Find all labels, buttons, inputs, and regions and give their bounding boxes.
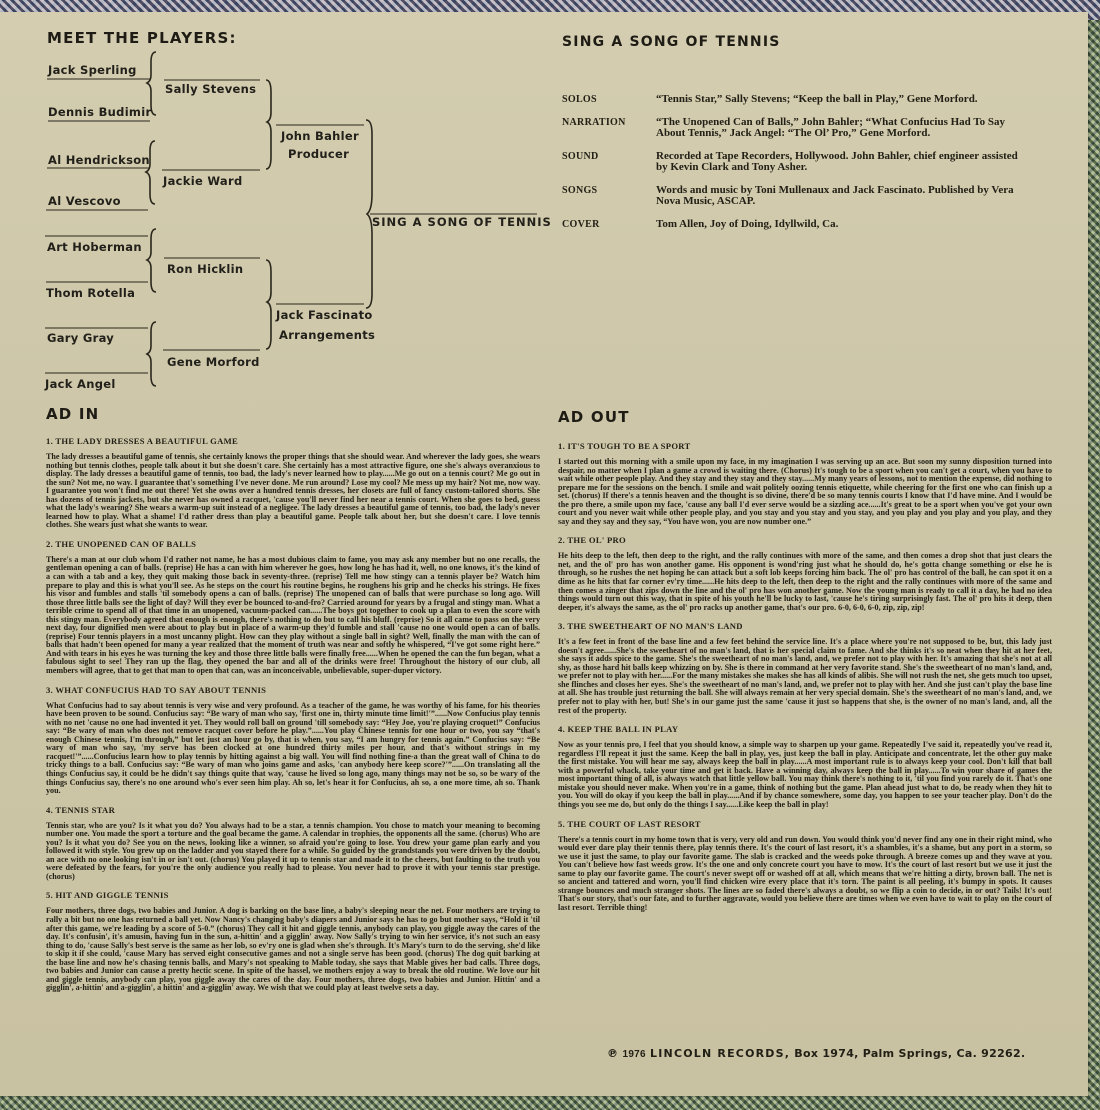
player-name: Gene Morford: [167, 355, 260, 369]
bracket-final: SING A SONG OF TENNIS: [372, 215, 552, 229]
album-title: SING A SONG OF TENNIS: [562, 34, 781, 50]
song-lyrics: There's a man at our club whom I'd rathe…: [46, 556, 540, 676]
song-title: 3. THE SWEETHEART OF NO MAN'S LAND: [558, 621, 1052, 631]
credit-label: COVER: [562, 219, 656, 231]
song-lyrics: There's a tennis court in my home town t…: [558, 836, 1052, 913]
record-label-footer: ℗ 1976 LINCOLN RECORDS, Box 1974, Palm S…: [607, 1047, 1025, 1060]
song-title: 4. KEEP THE BALL IN PLAY: [558, 724, 1052, 734]
phonogram-copyright-icon: ℗: [607, 1047, 618, 1060]
ad-out-column: 1. IT'S TOUGH TO BE A SPORT I started ou…: [558, 441, 1052, 921]
player-name: Dennis Budimir: [48, 105, 151, 119]
song-title: 3. WHAT CONFUCIUS HAD TO SAY ABOUT TENNI…: [46, 685, 540, 695]
album-back-cover: MEET THE PLAYERS:: [0, 12, 1088, 1096]
song-title: 4. TENNIS STAR: [46, 805, 540, 815]
label-name: LINCOLN RECORDS,: [650, 1047, 790, 1060]
credit-row: NARRATION “The Unopened Can of Balls,” J…: [562, 117, 1022, 140]
credit-label: SONGS: [562, 185, 656, 208]
song-title: 1. IT'S TOUGH TO BE A SPORT: [558, 441, 1052, 451]
credit-text: “Tennis Star,” Sally Stevens; “Keep the …: [656, 94, 1022, 106]
credit-label: SOUND: [562, 151, 656, 174]
song-lyrics: It's a few feet in front of the base lin…: [558, 638, 1052, 715]
player-role: Arrangements: [279, 328, 375, 342]
song-title: 1. THE LADY DRESSES A BEAUTIFUL GAME: [46, 436, 540, 446]
song-lyrics: Four mothers, three dogs, two babies and…: [46, 907, 540, 992]
credit-text: Tom Allen, Joy of Doing, Idyllwild, Ca.: [656, 219, 1022, 231]
credit-row: COVER Tom Allen, Joy of Doing, Idyllwild…: [562, 219, 1022, 231]
song-lyrics: I started out this morning with a smile …: [558, 458, 1052, 526]
song-lyrics: He hits deep to the left, then deep to t…: [558, 552, 1052, 612]
ad-in-heading: AD IN: [46, 405, 99, 423]
credit-text: “The Unopened Can of Balls,” John Bahler…: [656, 117, 1022, 140]
player-name: Ron Hicklin: [167, 262, 243, 276]
player-name: Jackie Ward: [163, 174, 243, 188]
song-title: 5. HIT AND GIGGLE TENNIS: [46, 890, 540, 900]
credit-text: Recorded at Tape Recorders, Hollywood. J…: [656, 151, 1022, 174]
copyright-year: 1976: [622, 1049, 645, 1060]
credit-label: SOLOS: [562, 94, 656, 106]
player-name: John Bahler: [281, 129, 359, 143]
player-name: Gary Gray: [47, 331, 114, 345]
player-name: Thom Rotella: [46, 286, 135, 300]
player-name: Jack Angel: [45, 377, 116, 391]
song-title: 2. THE OL' PRO: [558, 535, 1052, 545]
credit-row: SONGS Words and music by Toni Mullenaux …: [562, 185, 1022, 208]
ad-out-heading: AD OUT: [558, 408, 630, 426]
credit-text: Words and music by Toni Mullenaux and Ja…: [656, 185, 1022, 208]
song-lyrics: Now as your tennis pro, I feel that you …: [558, 741, 1052, 809]
ad-in-column: 1. THE LADY DRESSES A BEAUTIFUL GAME The…: [46, 436, 540, 1002]
credit-label: NARRATION: [562, 117, 656, 140]
player-name: Al Vescovo: [48, 194, 121, 208]
credit-row: SOLOS “Tennis Star,” Sally Stevens; “Kee…: [562, 94, 1022, 106]
player-name: Sally Stevens: [165, 82, 256, 96]
song-lyrics: What Confucius had to say about tennis i…: [46, 702, 540, 796]
player-name: Art Hoberman: [47, 240, 142, 254]
song-title: 2. THE UNOPENED CAN OF BALLS: [46, 539, 540, 549]
credits-list: SOLOS “Tennis Star,” Sally Stevens; “Kee…: [562, 94, 1022, 241]
song-lyrics: The lady dresses a beautiful game of ten…: [46, 453, 540, 530]
player-name: Jack Fascinato: [276, 308, 373, 322]
credit-row: SOUND Recorded at Tape Recorders, Hollyw…: [562, 151, 1022, 174]
song-lyrics: Tennis star, who are you? Is it what you…: [46, 822, 540, 882]
player-name: Al Hendrickson: [48, 153, 150, 167]
song-title: 5. THE COURT OF LAST RESORT: [558, 819, 1052, 829]
player-name: Jack Sperling: [48, 63, 137, 77]
label-address: Box 1974, Palm Springs, Ca. 92262.: [794, 1047, 1025, 1060]
player-role: Producer: [288, 147, 349, 161]
